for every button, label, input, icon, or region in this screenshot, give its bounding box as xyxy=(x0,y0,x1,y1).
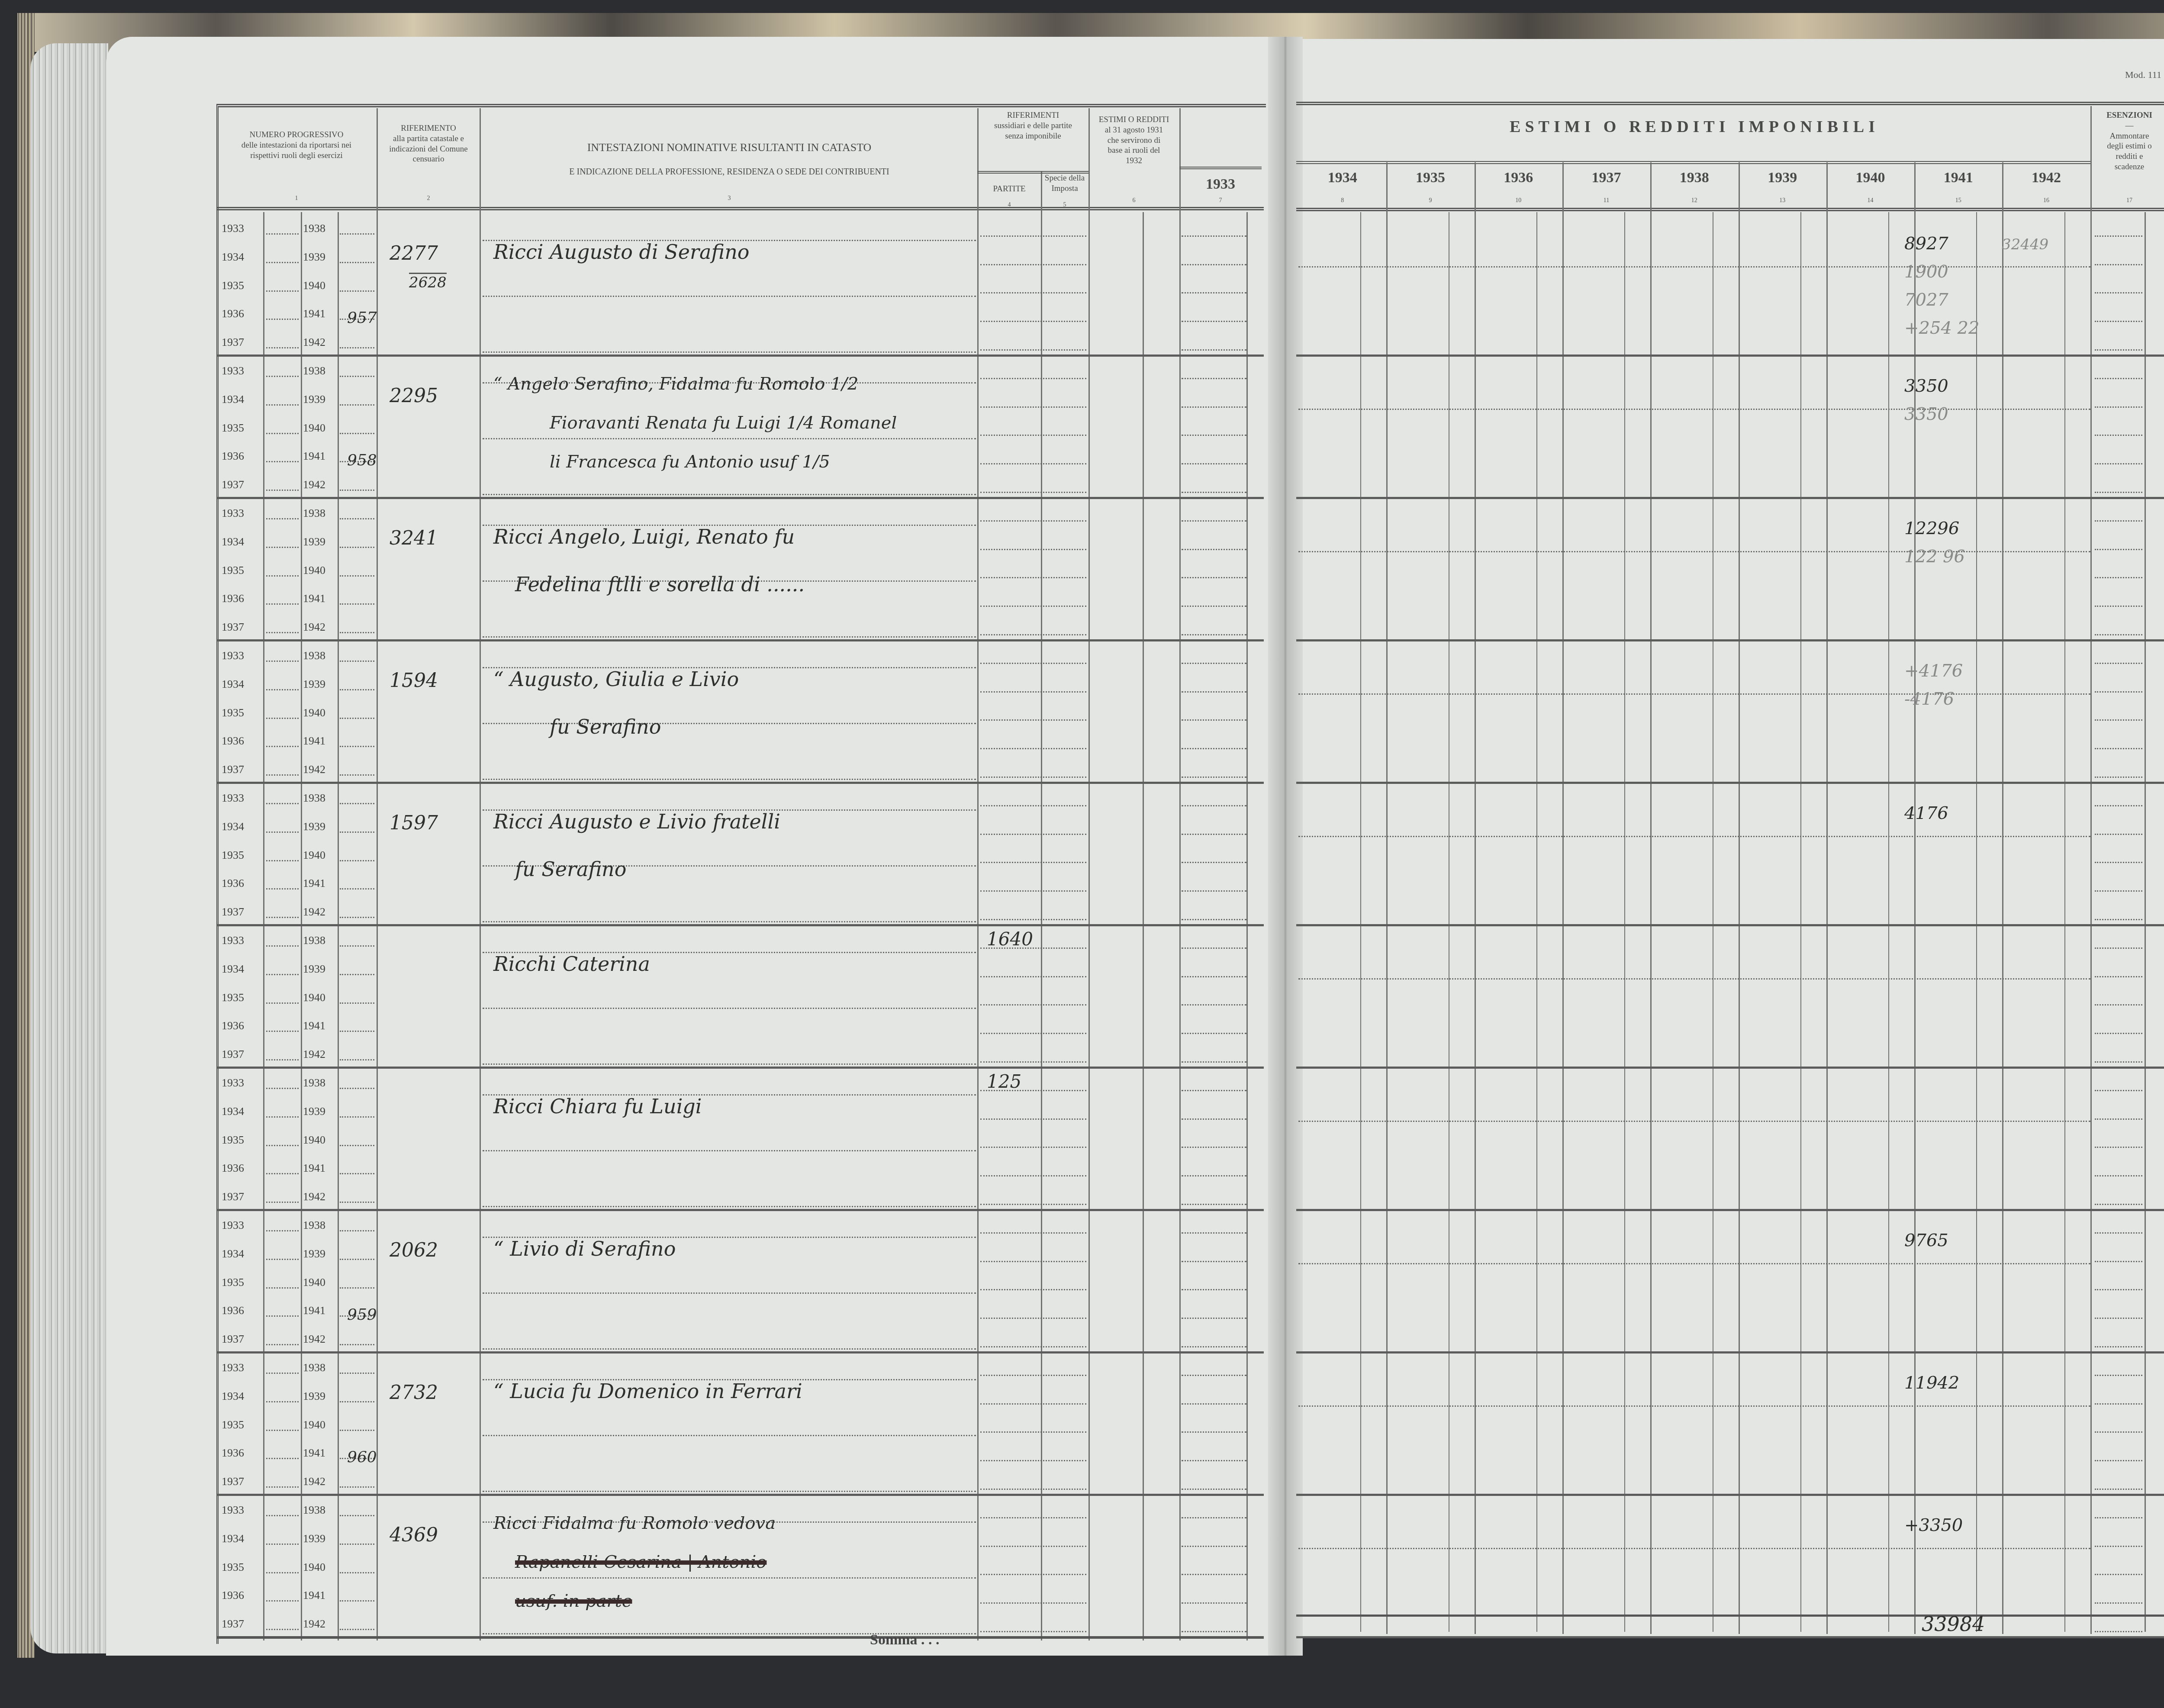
year-label: 1938 xyxy=(303,934,325,947)
dot-line xyxy=(340,490,374,491)
year-colnum-1941: 15 xyxy=(1914,197,2002,205)
year-label: 1934 xyxy=(222,535,244,548)
guide-line xyxy=(1182,463,1246,464)
partite-value: 1640 xyxy=(987,928,1033,950)
guide-line xyxy=(2095,1318,2142,1319)
form-title: Mod. 111 - Imposte Dirette (Intercalare)… xyxy=(2125,69,2164,81)
value-1941: 3350 xyxy=(1904,404,1948,424)
partita-number: 2062 xyxy=(390,1239,438,1261)
year-label: 1934 xyxy=(222,251,244,264)
dot-line xyxy=(340,1173,374,1174)
guide-line xyxy=(2095,1061,2142,1063)
contributor-name-line: fu Serafino xyxy=(515,857,626,881)
year-label: 1941 xyxy=(303,1589,325,1602)
dot-line xyxy=(340,632,374,633)
dot-line xyxy=(340,1572,374,1573)
year-label: 1934 xyxy=(222,1390,244,1403)
guide-line xyxy=(2095,748,2142,749)
year-divider xyxy=(1650,162,1652,1634)
value-1941: 4176 xyxy=(1904,803,1948,823)
dot-line xyxy=(266,575,299,577)
row-divider xyxy=(216,639,1264,641)
year-label: 1942 xyxy=(303,1048,325,1061)
row-divider xyxy=(1296,924,2164,926)
dot-line xyxy=(340,1259,374,1260)
year-label: 1936 xyxy=(222,877,244,890)
year-label: 1935 xyxy=(222,422,244,435)
guide-line xyxy=(980,1261,1086,1262)
guide-line xyxy=(2095,1517,2142,1518)
row-divider xyxy=(216,497,1264,499)
year-label: 1940 xyxy=(303,422,325,435)
dot-line xyxy=(340,1230,374,1231)
dot-line xyxy=(266,1059,299,1060)
value-1941: 3350 xyxy=(1904,376,1948,396)
row-divider xyxy=(216,782,1264,784)
guide-line xyxy=(1182,919,1246,920)
col2-number: 2 xyxy=(379,195,478,203)
contributor-name-line: Rapanelli Cesarina | Antonio xyxy=(515,1552,766,1572)
partita-sub-number: 2628 xyxy=(409,273,447,291)
col45-title: RIFERIMENTI xyxy=(979,110,1087,121)
col17-header: ESENZIONI — Ammontare degli estimi o red… xyxy=(2093,110,2164,172)
year-label: 1936 xyxy=(222,307,244,320)
guide-line xyxy=(2095,777,2142,778)
row-divider xyxy=(216,1494,1264,1496)
left-total-divider xyxy=(216,1636,1264,1639)
row-divider xyxy=(216,1209,1264,1211)
total-1941: 33984 xyxy=(1922,1612,1985,1636)
dot-line xyxy=(340,1145,374,1146)
guide-line xyxy=(2095,1375,2142,1376)
year-label: 1941 xyxy=(303,1162,325,1175)
somma-label: Somma . . . xyxy=(870,1632,940,1648)
year-label: 1936 xyxy=(222,592,244,605)
year-label: 1934 xyxy=(222,393,244,406)
col2-header: RIFERIMENTO alla partita catastale e ind… xyxy=(379,123,478,164)
guide-line xyxy=(1182,1602,1246,1604)
guide-line xyxy=(980,1204,1086,1205)
guide-line xyxy=(980,1546,1086,1547)
guide-line xyxy=(1182,549,1246,550)
year-label: 1942 xyxy=(303,336,325,349)
dot-line xyxy=(340,518,374,519)
guide-line xyxy=(2095,349,2142,351)
guide-line xyxy=(2095,1118,2142,1120)
col5-title: Specie della Imposta xyxy=(1043,173,1086,194)
dot-line xyxy=(340,1515,374,1516)
year-label: 1939 xyxy=(303,1390,325,1403)
dot-line xyxy=(340,860,374,861)
value-1941: 12296 xyxy=(1904,519,1959,538)
guide-line xyxy=(2095,1602,2142,1604)
year-label: 1942 xyxy=(303,478,325,491)
row-divider xyxy=(1296,497,2164,499)
dot-line xyxy=(266,347,299,348)
guide-line xyxy=(980,1232,1086,1234)
guide-line xyxy=(2095,947,2142,949)
guide-line xyxy=(483,1206,976,1207)
dot-line xyxy=(266,1572,299,1573)
year-colnum-1934: 8 xyxy=(1298,197,1386,205)
guide-line xyxy=(980,976,1086,977)
col6-number: 6 xyxy=(1091,197,1177,205)
dot-line xyxy=(266,689,299,690)
col17-number: 17 xyxy=(2093,197,2164,205)
dot-line xyxy=(340,1002,374,1004)
progressive-number: 958 xyxy=(347,451,377,469)
col45-header: RIFERIMENTI sussidiari e delle partite s… xyxy=(979,110,1087,141)
dot-line xyxy=(340,746,374,747)
guide-line xyxy=(1182,1517,1246,1518)
guide-line xyxy=(2095,1289,2142,1290)
progressive-number: 957 xyxy=(347,309,377,327)
guide-line xyxy=(1298,1405,2090,1407)
year-divider xyxy=(1739,162,1740,1634)
year-label: 1935 xyxy=(222,1134,244,1147)
dot-line xyxy=(340,376,374,377)
guide-line xyxy=(1182,349,1246,351)
col1-title: NUMERO PROGRESSIVO xyxy=(219,130,374,140)
dot-line xyxy=(266,233,299,235)
guide-line xyxy=(2095,321,2142,322)
year-label: 1938 xyxy=(303,1076,325,1089)
contributor-name-line: “ Augusto, Giulia e Livio xyxy=(493,667,739,691)
year-label: 1939 xyxy=(303,251,325,264)
guide-line xyxy=(2095,890,2142,892)
left-table-frame xyxy=(216,104,1266,1644)
dot-line xyxy=(266,319,299,320)
guide-line xyxy=(1298,978,2090,980)
guide-line xyxy=(980,235,1086,237)
year-label: 1937 xyxy=(222,336,244,349)
year-header-1939: 1939 xyxy=(1739,169,1826,187)
guide-line xyxy=(980,805,1086,806)
year-header-1938: 1938 xyxy=(1650,169,1738,187)
guide-line xyxy=(1182,1289,1246,1290)
row-divider xyxy=(1296,782,2164,784)
dot-line xyxy=(266,1230,299,1231)
year-label: 1934 xyxy=(222,1247,244,1260)
year-label: 1938 xyxy=(303,1219,325,1232)
guide-line xyxy=(1182,1004,1246,1005)
guide-line xyxy=(1182,1175,1246,1176)
row-divider xyxy=(1296,1636,2164,1638)
year-colnum-1939: 13 xyxy=(1739,197,1826,205)
guide-line xyxy=(2095,235,2142,237)
right-total-divider xyxy=(1296,1615,2164,1617)
dot-line xyxy=(266,1544,299,1545)
contributor-name-line: Ricci Chiara fu Luigi xyxy=(493,1095,702,1118)
dot-line xyxy=(266,1373,299,1374)
row-divider xyxy=(1296,1067,2164,1069)
guide-line xyxy=(1298,1121,2090,1122)
dot-line xyxy=(266,404,299,406)
guide-line xyxy=(980,292,1086,293)
guide-line xyxy=(2095,406,2142,408)
year-header-1940: 1940 xyxy=(1826,169,1914,187)
year-label: 1942 xyxy=(303,906,325,918)
guide-line xyxy=(483,1292,976,1294)
dot-line xyxy=(266,1116,299,1118)
contributor-name-line: Ricci Augusto di Serafino xyxy=(493,240,749,264)
year-label: 1941 xyxy=(303,735,325,748)
year-header-1935: 1935 xyxy=(1386,169,1474,187)
estimi-group-title: ESTIMI O REDDITI IMPONIBILI xyxy=(1298,117,2090,138)
dot-line xyxy=(266,1173,299,1174)
year-label: 1937 xyxy=(222,763,244,776)
dot-line xyxy=(340,547,374,548)
row-divider xyxy=(216,924,1264,926)
row-divider xyxy=(216,1067,1264,1069)
guide-line xyxy=(2095,606,2142,607)
guide-line xyxy=(1182,1204,1246,1205)
guide-line xyxy=(483,921,976,922)
dot-line xyxy=(340,1600,374,1602)
year-label: 1936 xyxy=(222,1019,244,1032)
guide-line xyxy=(1182,719,1246,721)
dot-line xyxy=(340,233,374,235)
guide-line xyxy=(1298,551,2090,552)
year-label: 1937 xyxy=(222,906,244,918)
guide-line xyxy=(980,1574,1086,1575)
guide-line xyxy=(980,1403,1086,1405)
year-label: 1942 xyxy=(303,763,325,776)
guide-line xyxy=(980,1375,1086,1376)
year-label: 1935 xyxy=(222,1561,244,1574)
guide-line xyxy=(1182,976,1246,977)
year-label: 1935 xyxy=(222,706,244,719)
guide-line xyxy=(1182,834,1246,835)
guide-line xyxy=(2095,1204,2142,1205)
year-label: 1942 xyxy=(303,621,325,634)
guide-line xyxy=(980,834,1086,835)
guide-line xyxy=(1182,1489,1246,1490)
col5-number: 5 xyxy=(1043,201,1086,209)
guide-line xyxy=(483,779,976,780)
contributor-name-line: fu Serafino xyxy=(550,715,661,738)
dot-line xyxy=(266,860,299,861)
guide-line xyxy=(980,406,1086,408)
guide-line xyxy=(1182,777,1246,778)
year-label: 1940 xyxy=(303,564,325,577)
guide-line xyxy=(1182,862,1246,863)
col3-number: 3 xyxy=(483,195,976,203)
guide-line xyxy=(483,494,976,495)
partita-number: 1597 xyxy=(390,812,438,834)
col3-title: INTESTAZIONI NOMINATIVE RISULTANTI IN CA… xyxy=(483,141,976,155)
guide-line xyxy=(980,777,1086,778)
contributor-name-line: li Francesca fu Antonio usuf 1/5 xyxy=(550,452,830,472)
dot-line xyxy=(340,1088,374,1089)
dot-line xyxy=(340,1486,374,1488)
guide-line xyxy=(1298,693,2090,695)
guide-line xyxy=(1182,890,1246,892)
dot-line xyxy=(340,1059,374,1060)
dot-line xyxy=(266,718,299,719)
year-divider xyxy=(1562,162,1564,1634)
year-label: 1941 xyxy=(303,1019,325,1032)
value-1941: 1900 xyxy=(1904,262,1948,282)
guide-line xyxy=(980,435,1086,436)
year-label: 1933 xyxy=(222,222,244,235)
guide-line xyxy=(1182,235,1246,237)
dot-line xyxy=(340,1344,374,1345)
dot-line xyxy=(266,603,299,605)
contributor-name-line: usuf. in parte xyxy=(515,1591,632,1611)
guide-line xyxy=(2095,378,2142,379)
dot-line xyxy=(266,1315,299,1317)
year-label: 1934 xyxy=(222,1105,244,1118)
col17-dash: — xyxy=(2093,121,2164,131)
guide-line xyxy=(1182,292,1246,293)
year-label: 1937 xyxy=(222,1333,244,1346)
guide-line xyxy=(980,1602,1086,1604)
dot-line xyxy=(266,518,299,519)
guide-line xyxy=(980,1147,1086,1148)
guide-line xyxy=(483,1577,976,1579)
col2-subtitle: alla partita catastale e indicazioni del… xyxy=(379,134,478,164)
guide-line xyxy=(1182,1546,1246,1547)
guide-line xyxy=(2095,1175,2142,1176)
dot-line xyxy=(340,689,374,690)
dot-line xyxy=(266,1458,299,1459)
guide-line xyxy=(2095,1460,2142,1461)
guide-line xyxy=(1182,663,1246,664)
year-divider xyxy=(1826,162,1828,1634)
guide-line xyxy=(1298,409,2090,410)
row-divider xyxy=(1296,639,2164,641)
guide-line xyxy=(980,1289,1086,1290)
guide-line xyxy=(2095,292,2142,293)
col1-header: NUMERO PROGRESSIVO delle intestazioni da… xyxy=(219,130,374,161)
guide-line xyxy=(980,919,1086,920)
year-label: 1937 xyxy=(222,1618,244,1631)
partite-value: 125 xyxy=(987,1071,1021,1092)
dot-line xyxy=(266,1002,299,1004)
cents-divider xyxy=(1888,212,1889,1632)
guide-line xyxy=(1182,947,1246,949)
year-label: 1936 xyxy=(222,1304,244,1317)
guide-line xyxy=(980,663,1086,664)
year-label: 1936 xyxy=(222,1162,244,1175)
dot-line xyxy=(266,1202,299,1203)
right-table-frame xyxy=(1296,102,2164,1633)
year-label: 1935 xyxy=(222,564,244,577)
dot-line xyxy=(340,803,374,804)
dot-line xyxy=(266,632,299,633)
dot-line xyxy=(266,490,299,491)
guide-line xyxy=(980,1346,1086,1347)
dot-line xyxy=(340,433,374,434)
dot-line xyxy=(266,1259,299,1260)
col17-subtitle: Ammontare degli estimi o redditi e scade… xyxy=(2093,131,2164,172)
value-1941: +3350 xyxy=(1904,1515,1963,1535)
guide-line xyxy=(483,1008,976,1009)
partita-number: 1594 xyxy=(390,670,438,692)
year-label: 1939 xyxy=(303,393,325,406)
guide-line xyxy=(1182,1147,1246,1148)
dot-line xyxy=(266,774,299,776)
year-header-1934: 1934 xyxy=(1298,169,1386,187)
year-label: 1938 xyxy=(303,792,325,805)
guide-line xyxy=(1182,1375,1246,1376)
contributor-name-line: Ricchi Caterina xyxy=(493,952,650,976)
guide-line xyxy=(980,719,1086,721)
year-label: 1940 xyxy=(303,1561,325,1574)
cents-divider xyxy=(1800,212,1801,1632)
guide-line xyxy=(1182,1431,1246,1433)
year-label: 1942 xyxy=(303,1190,325,1203)
guide-line xyxy=(980,1175,1086,1176)
dot-line xyxy=(266,746,299,747)
dot-line xyxy=(340,1401,374,1402)
dot-line xyxy=(340,1287,374,1289)
guide-line xyxy=(1298,266,2090,267)
year-label: 1942 xyxy=(303,1333,325,1346)
year-header-1942: 1942 xyxy=(2002,169,2090,187)
dot-line xyxy=(340,718,374,719)
year-colnum-1940: 14 xyxy=(1826,197,1914,205)
year-label: 1934 xyxy=(222,1532,244,1545)
year-label: 1935 xyxy=(222,991,244,1004)
guide-line xyxy=(1182,406,1246,408)
dot-line xyxy=(340,1202,374,1203)
guide-line xyxy=(1182,634,1246,635)
guide-line xyxy=(1182,1061,1246,1063)
guide-line xyxy=(980,321,1086,322)
guide-line xyxy=(483,636,976,638)
dot-line xyxy=(340,347,374,348)
dot-line xyxy=(266,547,299,548)
guide-line xyxy=(2095,919,2142,920)
guide-line xyxy=(1182,1574,1246,1575)
guide-line xyxy=(1182,1403,1246,1405)
year-label: 1936 xyxy=(222,1589,244,1602)
contributor-name-line: “ Livio di Serafino xyxy=(493,1237,676,1260)
dot-line xyxy=(340,1031,374,1032)
col7-number: 7 xyxy=(1182,197,1259,205)
guide-line xyxy=(483,351,976,353)
dot-line xyxy=(340,831,374,833)
year-label: 1937 xyxy=(222,1475,244,1488)
cents-divider xyxy=(1976,212,1977,1632)
year-label: 1938 xyxy=(303,507,325,520)
row-divider xyxy=(216,354,1264,357)
value-1941: 8927 xyxy=(1904,234,1948,254)
dot-line xyxy=(340,290,374,292)
cents-divider xyxy=(1713,212,1713,1632)
guide-line xyxy=(2095,1090,2142,1091)
guide-line xyxy=(2095,719,2142,721)
guide-line xyxy=(2095,805,2142,806)
dot-line xyxy=(340,1629,374,1630)
guide-line xyxy=(1182,606,1246,607)
progressive-number: 960 xyxy=(347,1448,377,1466)
guide-line xyxy=(2095,1489,2142,1490)
year-label: 1940 xyxy=(303,849,325,862)
value-1941: -4176 xyxy=(1904,689,1954,709)
dot-line xyxy=(340,917,374,918)
guide-line xyxy=(1182,1118,1246,1120)
year-label: 1936 xyxy=(222,450,244,463)
value-1941: 11942 xyxy=(1904,1373,1959,1393)
dot-line xyxy=(266,290,299,292)
dot-line xyxy=(340,774,374,776)
guide-line xyxy=(1182,748,1246,749)
year-divider xyxy=(2002,162,2003,1634)
cents-divider xyxy=(1360,212,1361,1632)
